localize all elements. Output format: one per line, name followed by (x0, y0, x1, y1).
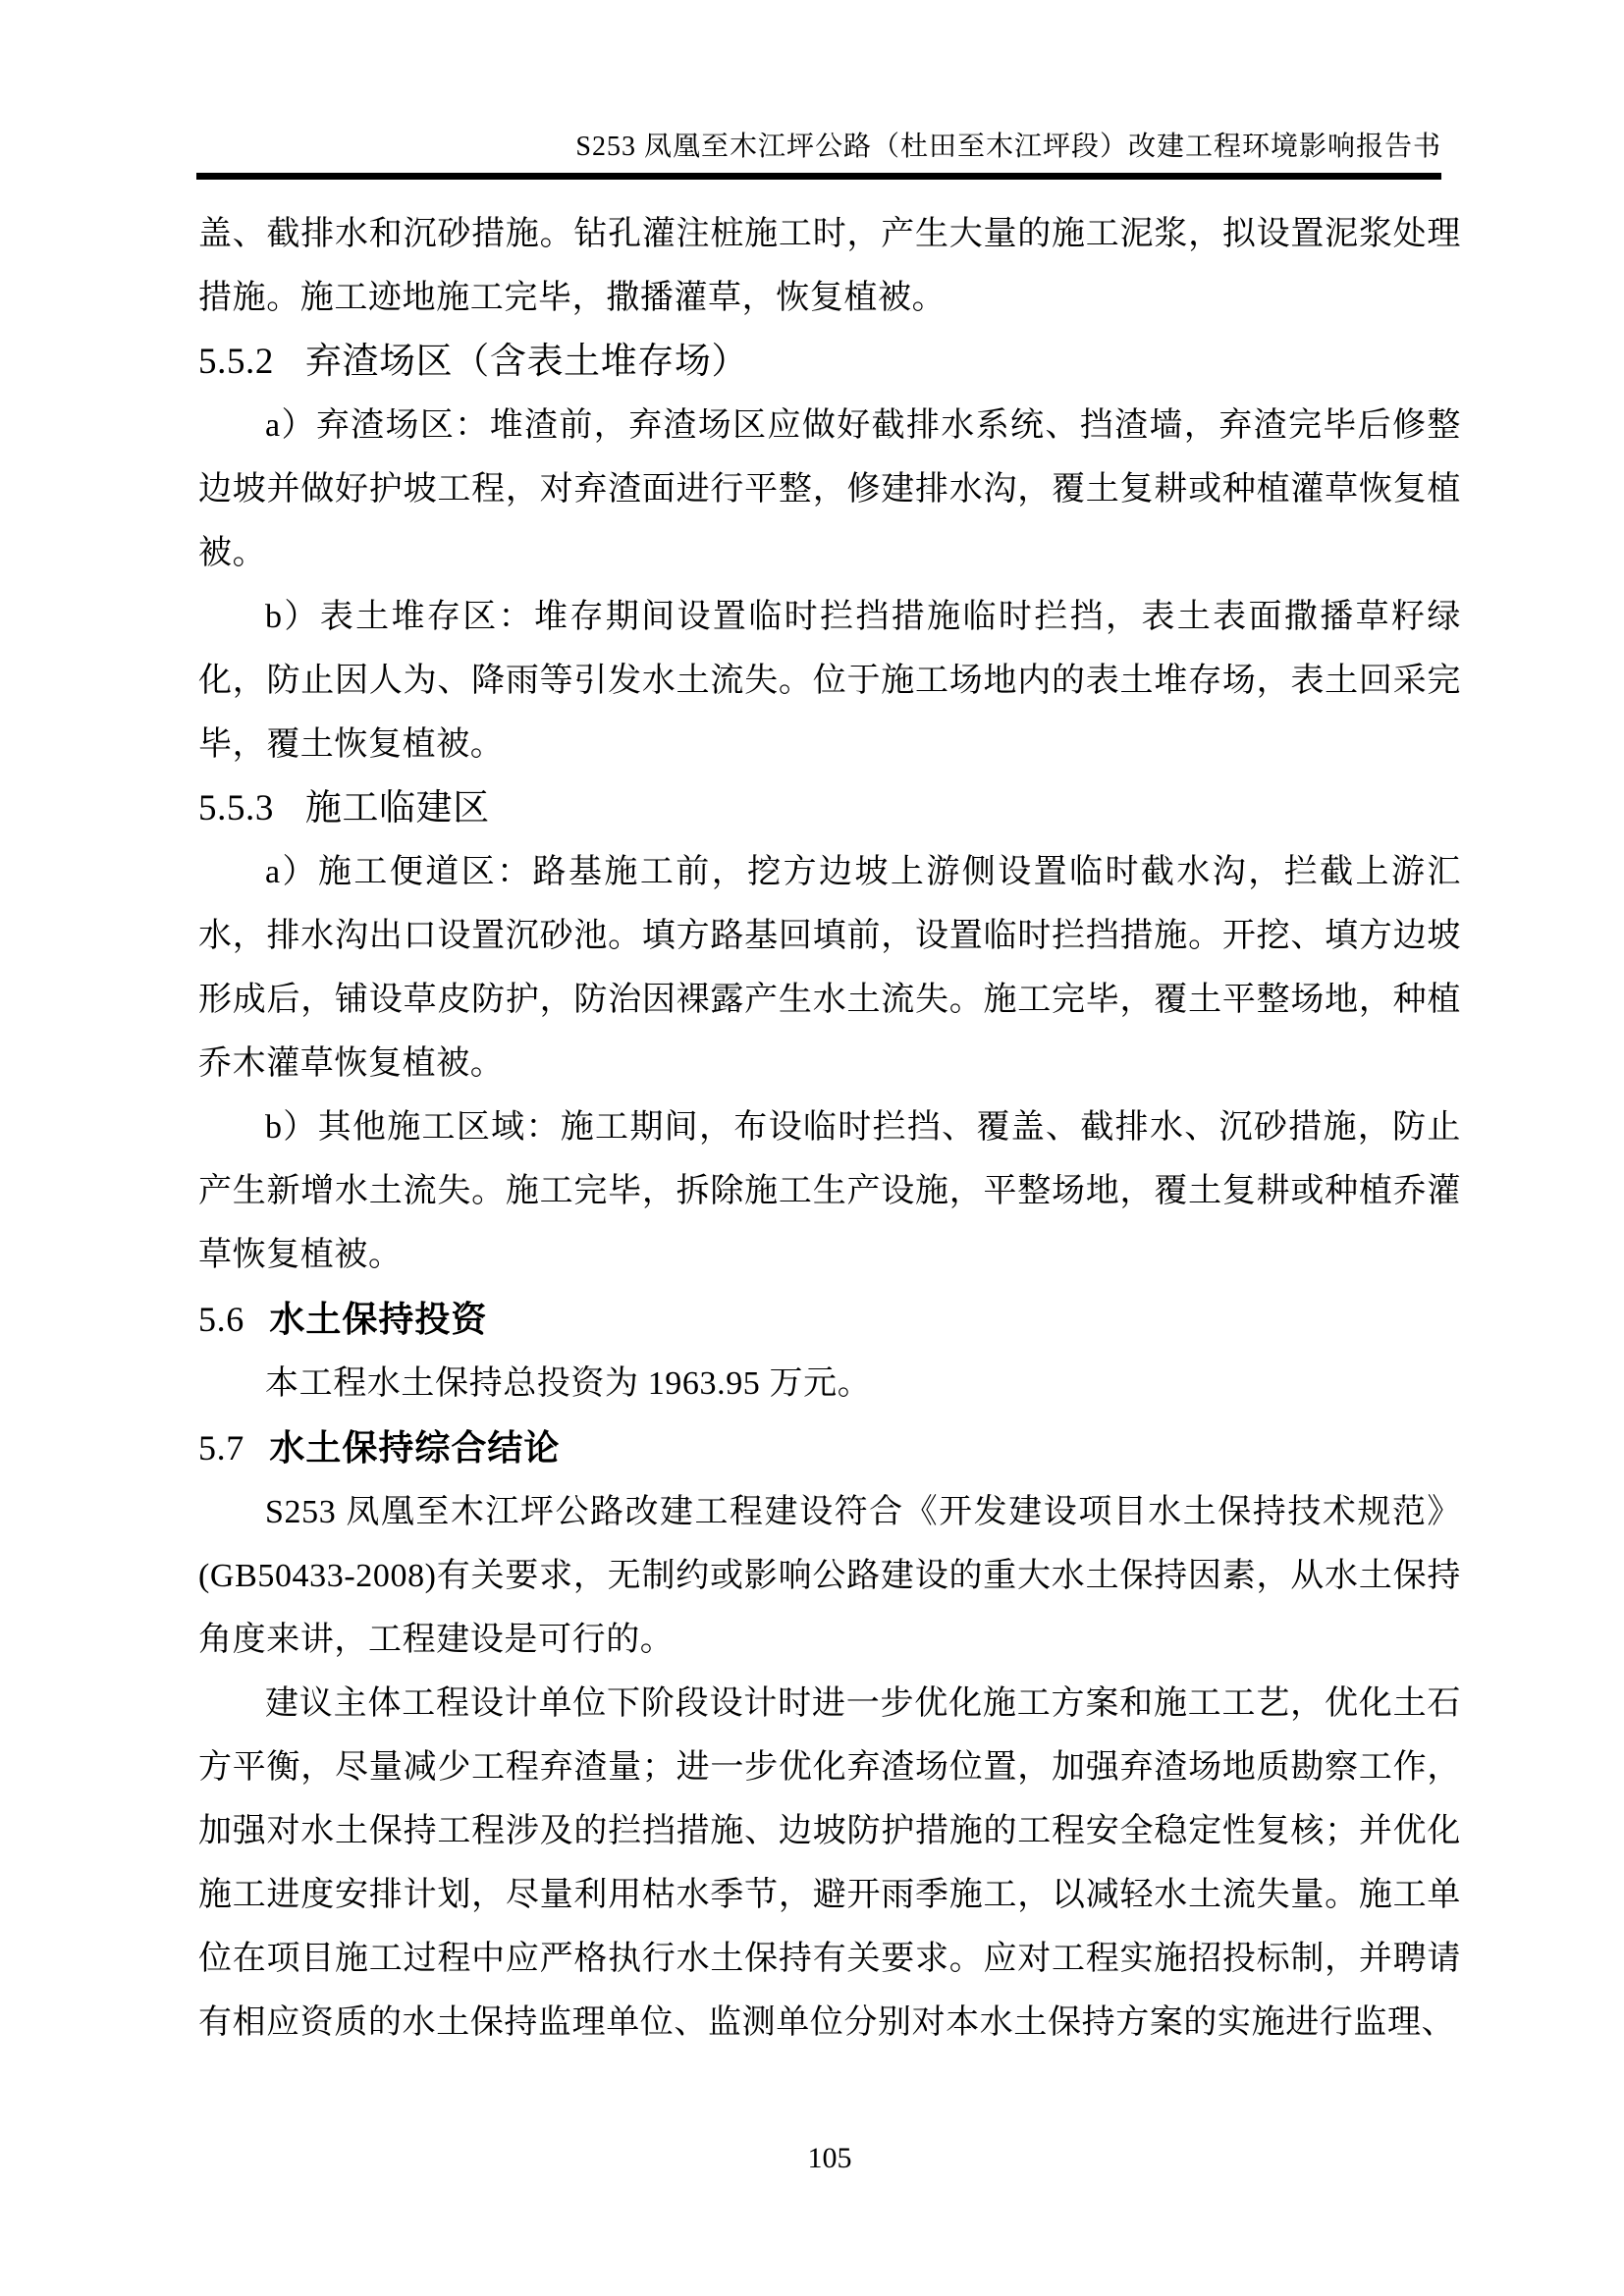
paragraph-conclusion-recommendation: 建议主体工程设计单位下阶段设计时进一步优化施工方案和施工工艺，优化土石方平衡，尽… (198, 1672, 1461, 2055)
heading-title: 水土保持投资 (269, 1299, 487, 1339)
heading-number: 5.6 (198, 1300, 244, 1339)
paragraph-slag-area: a）弃渣场区：堆渣前，弃渣场区应做好截排水系统、挡渣墙，弃渣完毕后修整边坡并做好… (198, 394, 1461, 585)
paragraph-conclusion-feasibility: S253 凤凰至木江坪公路改建工程建设符合《开发建设项目水土保持技术规范》(GB… (198, 1480, 1461, 1672)
paragraph-other-areas: b）其他施工区域：施工期间，布设临时拦挡、覆盖、截排水、沉砂措施，防止产生新增水… (198, 1095, 1461, 1287)
header-title: S253 凤凰至木江坪公路（杜田至木江坪段）改建工程环境影响报告书 (575, 132, 1441, 162)
page-number: 105 (808, 2142, 852, 2174)
paragraph-investment: 本工程水土保持总投资为 1963.95 万元。 (198, 1352, 1461, 1415)
section-heading-5-6: 5.6 水土保持投资 (198, 1287, 1461, 1352)
heading-number: 5.5.2 (198, 342, 274, 382)
section-heading-5-5-2: 5.5.2 弃渣场区（含表土堆存场） (198, 330, 1461, 394)
section-heading-5-5-3: 5.5.3 施工临建区 (198, 776, 1461, 840)
document-page: S253 凤凰至木江坪公路（杜田至木江坪段）改建工程环境影响报告书 盖、截排水和… (0, 0, 1624, 2296)
heading-number: 5.7 (198, 1428, 244, 1468)
page-footer: 105 (198, 2142, 1461, 2175)
paragraph-topsoil-area: b）表土堆存区：堆存期间设置临时拦挡措施临时拦挡，表土表面撒播草籽绿化，防止因人… (198, 585, 1461, 776)
heading-title: 弃渣场区（含表土堆存场） (305, 342, 748, 382)
document-body: 盖、截排水和沉砂措施。钻孔灌注桩施工时，产生大量的施工泥浆，拟设置泥浆处理措施。… (198, 202, 1461, 2055)
heading-title: 水土保持综合结论 (269, 1427, 560, 1468)
page-header: S253 凤凰至木江坪公路（杜田至木江坪段）改建工程环境影响报告书 (196, 128, 1441, 180)
heading-number: 5.5.3 (198, 788, 274, 828)
heading-title: 施工临建区 (305, 788, 490, 828)
paragraph-access-road: a）施工便道区：路基施工前，挖方边坡上游侧设置临时截水沟，拦截上游汇水，排水沟出… (198, 840, 1461, 1095)
paragraph-intro-continuation: 盖、截排水和沉砂措施。钻孔灌注桩施工时，产生大量的施工泥浆，拟设置泥浆处理措施。… (198, 202, 1461, 330)
section-heading-5-7: 5.7 水土保持综合结论 (198, 1415, 1461, 1480)
